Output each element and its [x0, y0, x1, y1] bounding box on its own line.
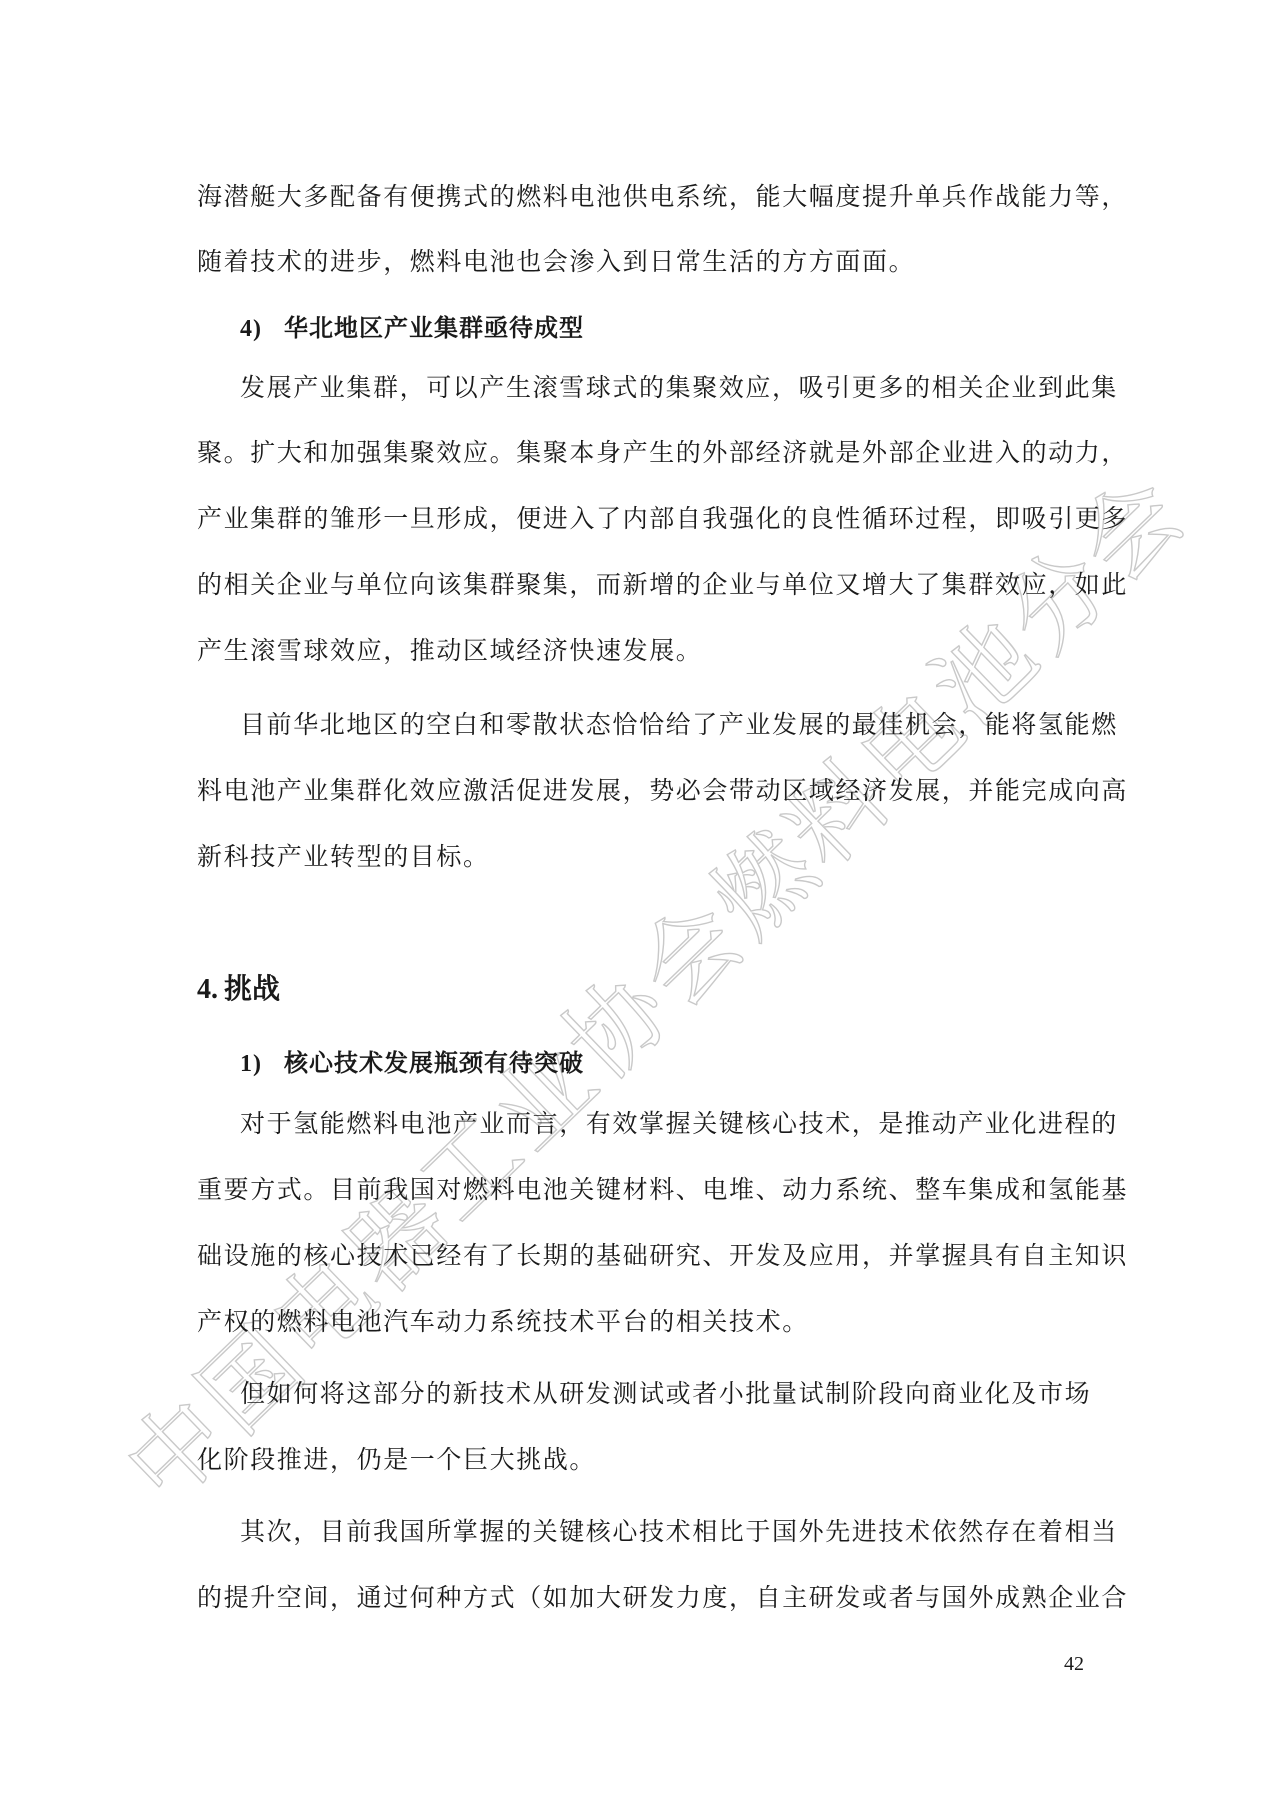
subheading-north-china-cluster: 4)华北地区产业集群亟待成型 [240, 308, 584, 343]
text-line: 但如何将这部分的新技术从研发测试或者小批量试制阶段向商业化及市场 [240, 1379, 1091, 1409]
text-line: 目前华北地区的空白和零散状态恰恰给了产业发展的最佳机会，能将氢能燃 [240, 710, 1118, 740]
subheading-core-tech-bottleneck: 1)核心技术发展瓶颈有待突破 [240, 1043, 584, 1078]
section-heading-challenges: 4.挑战 [197, 967, 280, 1007]
subheading-number: 4) [240, 316, 262, 342]
text-line: 对于氢能燃料电池产业而言，有效掌握关键核心技术，是推动产业化进程的 [240, 1109, 1118, 1139]
text-line: 发展产业集群，可以产生滚雪球式的集聚效应，吸引更多的相关企业到此集 [240, 373, 1118, 403]
subheading-text: 核心技术发展瓶颈有待突破 [284, 1048, 584, 1077]
section-title: 挑战 [224, 972, 280, 1005]
text-line: 的提升空间，通过何种方式（如加大研发力度，自主研发或者与国外成熟企业合 [197, 1583, 1128, 1613]
text-line: 其次，目前我国所掌握的关键核心技术相比于国外先进技术依然存在着相当 [240, 1517, 1118, 1547]
page-number: 42 [1064, 1653, 1084, 1676]
text-line: 料电池产业集群化效应激活促进发展，势必会带动区域经济发展，并能完成向高 [197, 776, 1128, 806]
text-line: 海潜艇大多配备有便携式的燃料电池供电系统，能大幅度提升单兵作战能力等， [197, 182, 1128, 212]
text-line: 产业集群的雏形一旦形成，便进入了内部自我强化的良性循环过程，即吸引更多 [197, 504, 1128, 534]
text-line: 化阶段推进，仍是一个巨大挑战。 [197, 1445, 596, 1475]
text-line: 产生滚雪球效应，推动区域经济快速发展。 [197, 636, 702, 666]
subheading-number: 1) [240, 1051, 262, 1077]
text-line: 随着技术的进步，燃料电池也会渗入到日常生活的方方面面。 [197, 247, 915, 277]
text-line: 聚。扩大和加强集聚效应。集聚本身产生的外部经济就是外部企业进入的动力， [197, 438, 1128, 468]
text-line: 础设施的核心技术已经有了长期的基础研究、开发及应用，并掌握具有自主知识 [197, 1241, 1128, 1271]
text-line: 产权的燃料电池汽车动力系统技术平台的相关技术。 [197, 1307, 809, 1337]
section-number: 4. [197, 974, 218, 1005]
text-line: 新科技产业转型的目标。 [197, 842, 490, 872]
document-page: 中国电器工业协会燃料电池分会 海潜艇大多配备有便携式的燃料电池供电系统，能大幅度… [0, 0, 1273, 1800]
subheading-text: 华北地区产业集群亟待成型 [284, 313, 584, 342]
text-line: 重要方式。目前我国对燃料电池关键材料、电堆、动力系统、整车集成和氢能基 [197, 1175, 1128, 1205]
text-line: 的相关企业与单位向该集群聚集，而新增的企业与单位又增大了集群效应，如此 [197, 570, 1128, 600]
